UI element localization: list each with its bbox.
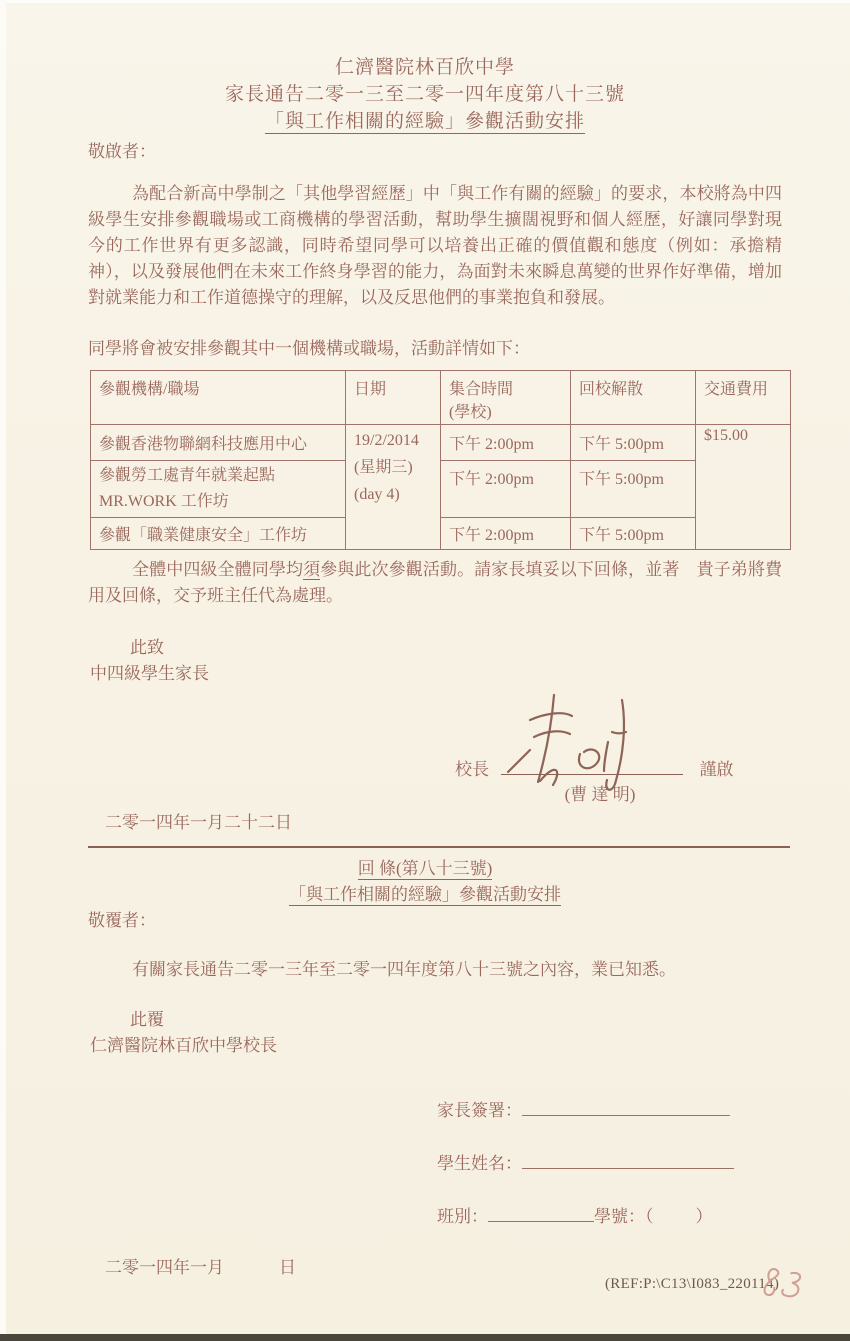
table-row: 參觀勞工處青年就業起點 MR.WORK 工作坊 下午 2:00pm 下午 5:0… xyxy=(91,461,791,518)
reply-subtitle: 「與工作相關的經驗」參觀活動安排 xyxy=(0,882,850,908)
student-name-label: 學生姓名： xyxy=(437,1154,522,1173)
col-header-assemble-line2: (學校) xyxy=(449,404,492,421)
paragraph-1: 為配合新高中學制之「其他學習經歷」中「與工作有關的經驗」的要求，本校將為中四級學… xyxy=(88,181,782,311)
reply-salutation: 敬覆者： xyxy=(88,908,156,934)
scan-edge-top xyxy=(0,0,850,3)
col-header-fee: 交通費用 xyxy=(696,371,791,425)
salutation: 敬啟者： xyxy=(88,139,156,165)
reply-body: 有關家長通告二零一三年至二零一四年度第八十三號之內容，業已知悉。 xyxy=(88,957,782,983)
notice-subject-text: 「與工作相關的經驗」參觀活動安排 xyxy=(265,111,585,134)
fee-cell: $15.00 xyxy=(696,425,791,550)
col-header-assemble: 集合時間 (學校) xyxy=(441,371,571,425)
sign-off: 謹啟 xyxy=(700,760,734,779)
principal-label: 校長 xyxy=(455,760,489,779)
table-header-row: 參觀機構/職場 日期 集合時間 (學校) 回校解散 交通費用 xyxy=(91,371,791,425)
date-line-2: (星期三) xyxy=(354,454,432,481)
col-header-assemble-line1: 集合時間 xyxy=(449,381,513,398)
reply-title-text: 回 條(第八十三號) xyxy=(358,859,493,880)
table-intro: 同學將會被安排參觀其中一個機構或職場，活動詳情如下： xyxy=(88,336,530,362)
venue-2-line1: 參觀勞工處青年就業起點 xyxy=(99,463,337,489)
venue-2-line2: MR.WORK 工作坊 xyxy=(99,489,337,515)
principal-signature-line xyxy=(501,758,683,775)
date-cell: 19/2/2014 (星期三) (day 4) xyxy=(346,425,441,550)
principal-name: (曹 達 明) xyxy=(530,782,670,808)
scan-edge-left xyxy=(0,0,6,1341)
paragraph-2: 全體中四級全體同學均須參與此次參觀活動。請家長填妥以下回條，並著 貴子弟將費用及… xyxy=(88,557,782,609)
date-line-1: 19/2/2014 xyxy=(354,427,432,454)
reply-title: 回 條(第八十三號) xyxy=(0,856,850,882)
table-row: 參觀「職業健康安全」工作坊 下午 2:00pm 下午 5:00pm xyxy=(91,518,791,550)
activity-table: 參觀機構/職場 日期 集合時間 (學校) 回校解散 交通費用 參觀香港物聯網科技… xyxy=(90,370,791,550)
letter-date: 二零一四年一月二十二日 xyxy=(105,810,292,836)
reply-date-prefix: 二零一四年一月 xyxy=(105,1258,224,1277)
col-header-venue: 參觀機構/職場 xyxy=(91,371,346,425)
cizhi: 此致 xyxy=(130,635,164,661)
class-line[interactable] xyxy=(488,1206,594,1222)
assemble-cell-3: 下午 2:00pm xyxy=(441,518,571,550)
table-row: 參觀香港物聯網科技應用中心 19/2/2014 (星期三) (day 4) 下午… xyxy=(91,425,791,461)
reply-date-day: 日 xyxy=(279,1258,296,1277)
notice-number: 家長通告二零一三至二零一四年度第八十三號 xyxy=(0,79,850,106)
student-name-line[interactable] xyxy=(522,1153,734,1169)
notice-subject: 「與工作相關的經驗」參觀活動安排 xyxy=(0,106,850,133)
dismiss-cell-2: 下午 5:00pm xyxy=(571,461,696,518)
reply-date: 二零一四年一月日 xyxy=(105,1255,296,1281)
dismiss-cell-3: 下午 5:00pm xyxy=(571,518,696,550)
handwritten-number-83 xyxy=(750,1260,818,1321)
school-name: 仁濟醫院林百欣中學 xyxy=(0,52,850,79)
cifu: 此覆 xyxy=(130,1007,164,1033)
letter-recipient: 中四級學生家長 xyxy=(90,661,209,687)
col-header-date: 日期 xyxy=(346,371,441,425)
section-divider xyxy=(88,846,790,848)
venue-cell-2: 參觀勞工處青年就業起點 MR.WORK 工作坊 xyxy=(91,461,346,518)
paragraph-2-must: 須 xyxy=(303,560,320,580)
assemble-cell-2: 下午 2:00pm xyxy=(441,461,571,518)
principal-sign-row: 校長 謹啟 xyxy=(455,755,734,780)
scanned-parent-notice: 仁濟醫院林百欣中學 家長通告二零一三至二零一四年度第八十三號 「與工作相關的經驗… xyxy=(0,0,850,1341)
class-number-field: 班別：學號：（） xyxy=(437,1202,713,1227)
dismiss-cell-1: 下午 5:00pm xyxy=(571,425,696,461)
scan-edge-bottom xyxy=(0,1334,850,1341)
class-label: 班別： xyxy=(437,1207,488,1226)
venue-cell-1: 參觀香港物聯網科技應用中心 xyxy=(91,425,346,461)
parent-signature-line[interactable] xyxy=(522,1100,730,1116)
col-header-dismiss: 回校解散 xyxy=(571,371,696,425)
parent-signature-label: 家長簽署： xyxy=(437,1101,522,1120)
assemble-cell-1: 下午 2:00pm xyxy=(441,425,571,461)
venue-cell-3: 參觀「職業健康安全」工作坊 xyxy=(91,518,346,550)
student-no-close: ） xyxy=(696,1207,713,1226)
date-line-3: (day 4) xyxy=(354,481,432,508)
paragraph-2-before: 全體中四級全體同學均 xyxy=(132,560,303,579)
reply-subtitle-text: 「與工作相關的經驗」參觀活動安排 xyxy=(289,885,561,906)
reply-recipient: 仁濟醫院林百欣中學校長 xyxy=(90,1033,277,1059)
parent-signature-field: 家長簽署： xyxy=(437,1096,730,1121)
student-no-label: 學號：（ xyxy=(594,1207,654,1226)
student-name-field: 學生姓名： xyxy=(437,1149,734,1174)
